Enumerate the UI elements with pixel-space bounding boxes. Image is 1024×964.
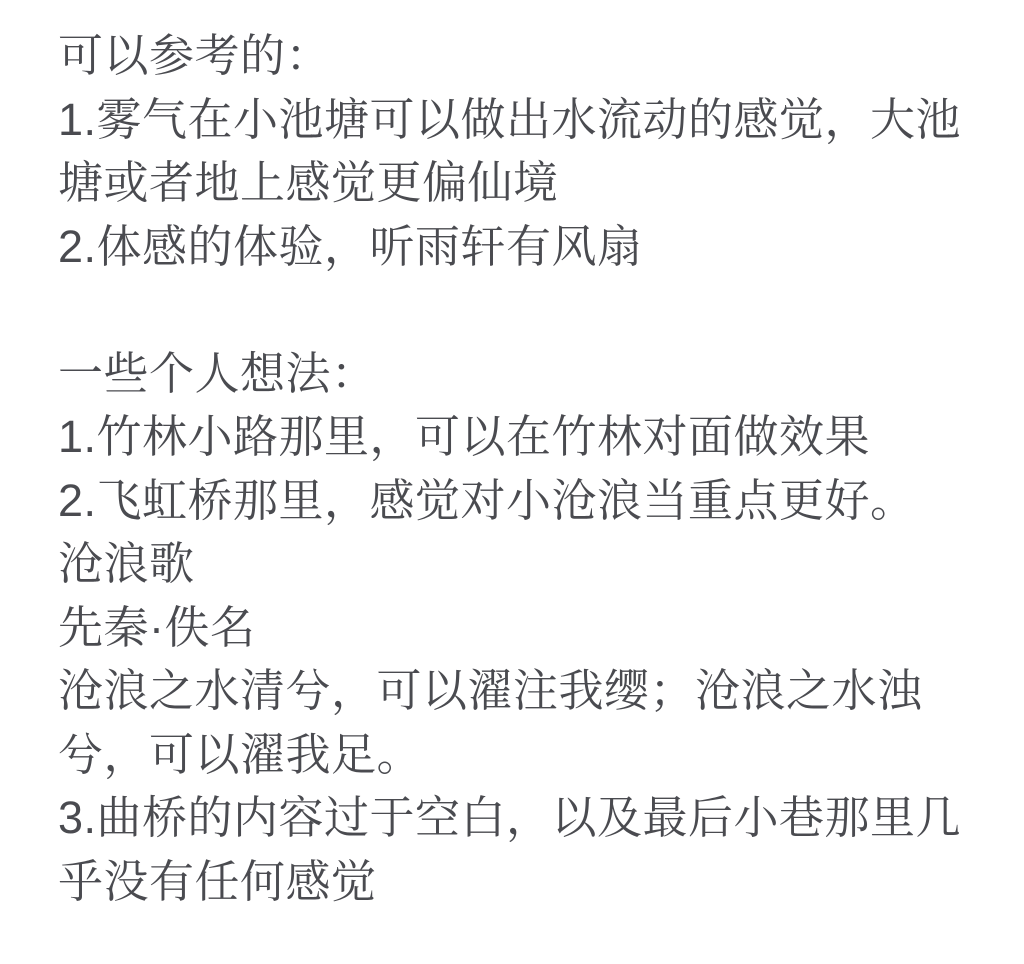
text-line: 先秦·佚名 — [58, 596, 994, 660]
text-line: 1.竹林小路那里，可以在竹林对面做效果 — [58, 405, 994, 469]
text-line: 1.雾气在小池塘可以做出水流动的感觉，大池 — [58, 88, 994, 152]
text-line: 可以参考的： — [58, 24, 994, 88]
note-text: 可以参考的：1.雾气在小池塘可以做出水流动的感觉，大池塘或者地上感觉更偏仙境2.… — [58, 24, 994, 913]
text-line: 乎没有任何感觉 — [58, 850, 994, 914]
blank-line — [58, 278, 994, 342]
note-page: 可以参考的：1.雾气在小池塘可以做出水流动的感觉，大池塘或者地上感觉更偏仙境2.… — [0, 0, 1024, 964]
text-line: 2.体感的体验，听雨轩有风扇 — [58, 215, 994, 279]
text-line: 3.曲桥的内容过于空白，以及最后小巷那里几 — [58, 786, 994, 850]
text-line: 沧浪之水清兮，可以濯注我缨；沧浪之水浊 — [58, 659, 994, 723]
text-line: 塘或者地上感觉更偏仙境 — [58, 151, 994, 215]
text-line: 兮，可以濯我足。 — [58, 723, 994, 787]
text-line: 一些个人想法： — [58, 342, 994, 406]
text-line: 沧浪歌 — [58, 532, 994, 596]
text-line: 2.飞虹桥那里，感觉对小沧浪当重点更好。 — [58, 469, 994, 533]
